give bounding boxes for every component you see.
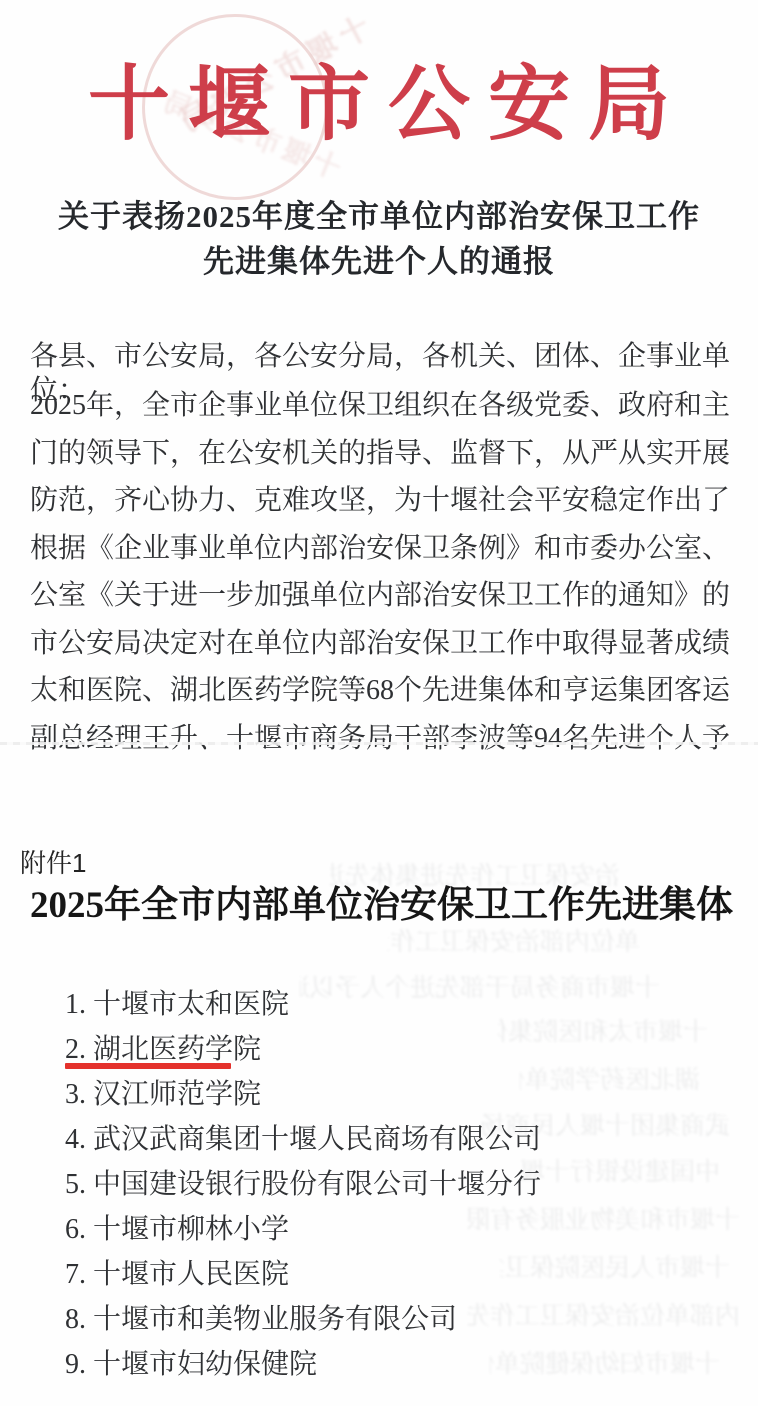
document-title: 关于表扬2025年度全市单位内部治安保卫工作 先进集体先进个人的通报 bbox=[20, 194, 738, 284]
award-list: 1. 十堰市太和医院2. 湖北医药学院3. 汉江师范学院4. 武汉武商集团十堰人… bbox=[65, 982, 730, 1387]
list-item-label: 1. 十堰市太和医院 bbox=[65, 989, 289, 1020]
body-line: 公室《关于进一步加强单位内部治安保卫工作的通知》的有关规定， bbox=[30, 572, 730, 620]
scanned-official-document: 十堰市公安局 十堰市公安局 十堰市公安局 关于表扬2025年度全市单位内部治安保… bbox=[0, 0, 758, 1406]
red-highlight-underline bbox=[65, 1063, 231, 1069]
body-paragraph: 2025年，全市企事业单位保卫组织在各级党委、政府和主管部门的领导下，在公安机关… bbox=[30, 382, 730, 762]
list-item-label: 2. 湖北医药学院 bbox=[65, 1034, 261, 1065]
body-line: 副总经理王升、十堰市商务局干部李波等94名先进个人予以通报表 bbox=[30, 715, 730, 763]
list-item-label: 4. 武汉武商集团十堰人民商场有限公司 bbox=[65, 1124, 541, 1155]
list-item-label: 5. 中国建设银行股份有限公司十堰分行 bbox=[65, 1169, 541, 1200]
body-line: 太和医院、湖北医药学院等68个先进集体和亨运集团客运有限公司 bbox=[30, 667, 730, 715]
list-item-label: 3. 汉江师范学院 bbox=[65, 1079, 261, 1110]
list-item: 7. 十堰市人民医院 bbox=[65, 1252, 730, 1297]
agency-masthead-title: 十堰市公安局 bbox=[0, 50, 758, 160]
document-title-line1: 关于表扬2025年度全市单位内部治安保卫工作 bbox=[20, 194, 738, 239]
document-title-line2: 先进集体先进个人的通报 bbox=[20, 239, 738, 284]
attachment-label: 附件1 bbox=[20, 843, 86, 880]
attachment-heading: 2025年全市内部单位治安保卫工作先进集体 bbox=[30, 884, 740, 928]
list-item: 4. 武汉武商集团十堰人民商场有限公司 bbox=[65, 1117, 730, 1162]
list-item-label: 9. 十堰市妇幼保健院 bbox=[65, 1349, 317, 1380]
list-item: 1. 十堰市太和医院 bbox=[65, 982, 730, 1027]
body-line: 门的领导下，在公安机关的指导、监督下，从严从实开展各项安全 bbox=[30, 430, 730, 478]
list-item: 5. 中国建设银行股份有限公司十堰分行 bbox=[65, 1162, 730, 1207]
body-line: 市公安局决定对在单位内部治安保卫工作中取得显著成绩的十堰市 bbox=[30, 620, 730, 668]
list-item-label: 8. 十堰市和美物业服务有限公司 bbox=[65, 1304, 457, 1335]
body-line: 根据《企业事业单位内部治安保卫条例》和市委办公室、市政府办 bbox=[30, 525, 730, 573]
list-item-label: 6. 十堰市柳林小学 bbox=[65, 1214, 289, 1245]
list-item: 3. 汉江师范学院 bbox=[65, 1072, 730, 1117]
body-line: 防范，齐心协力、克难攻坚，为十堰社会平安稳定作出了积极贡献。 bbox=[30, 477, 730, 525]
list-item: 8. 十堰市和美物业服务有限公司 bbox=[65, 1297, 730, 1342]
body-line: 2025年，全市企事业单位保卫组织在各级党委、政府和主管部 bbox=[30, 382, 730, 430]
list-item: 2. 湖北医药学院 bbox=[65, 1027, 730, 1072]
list-item: 9. 十堰市妇幼保健院 bbox=[65, 1342, 730, 1387]
list-item-label: 7. 十堰市人民医院 bbox=[65, 1259, 289, 1290]
list-item: 6. 十堰市柳林小学 bbox=[65, 1207, 730, 1252]
page-seam-divider bbox=[0, 742, 758, 745]
